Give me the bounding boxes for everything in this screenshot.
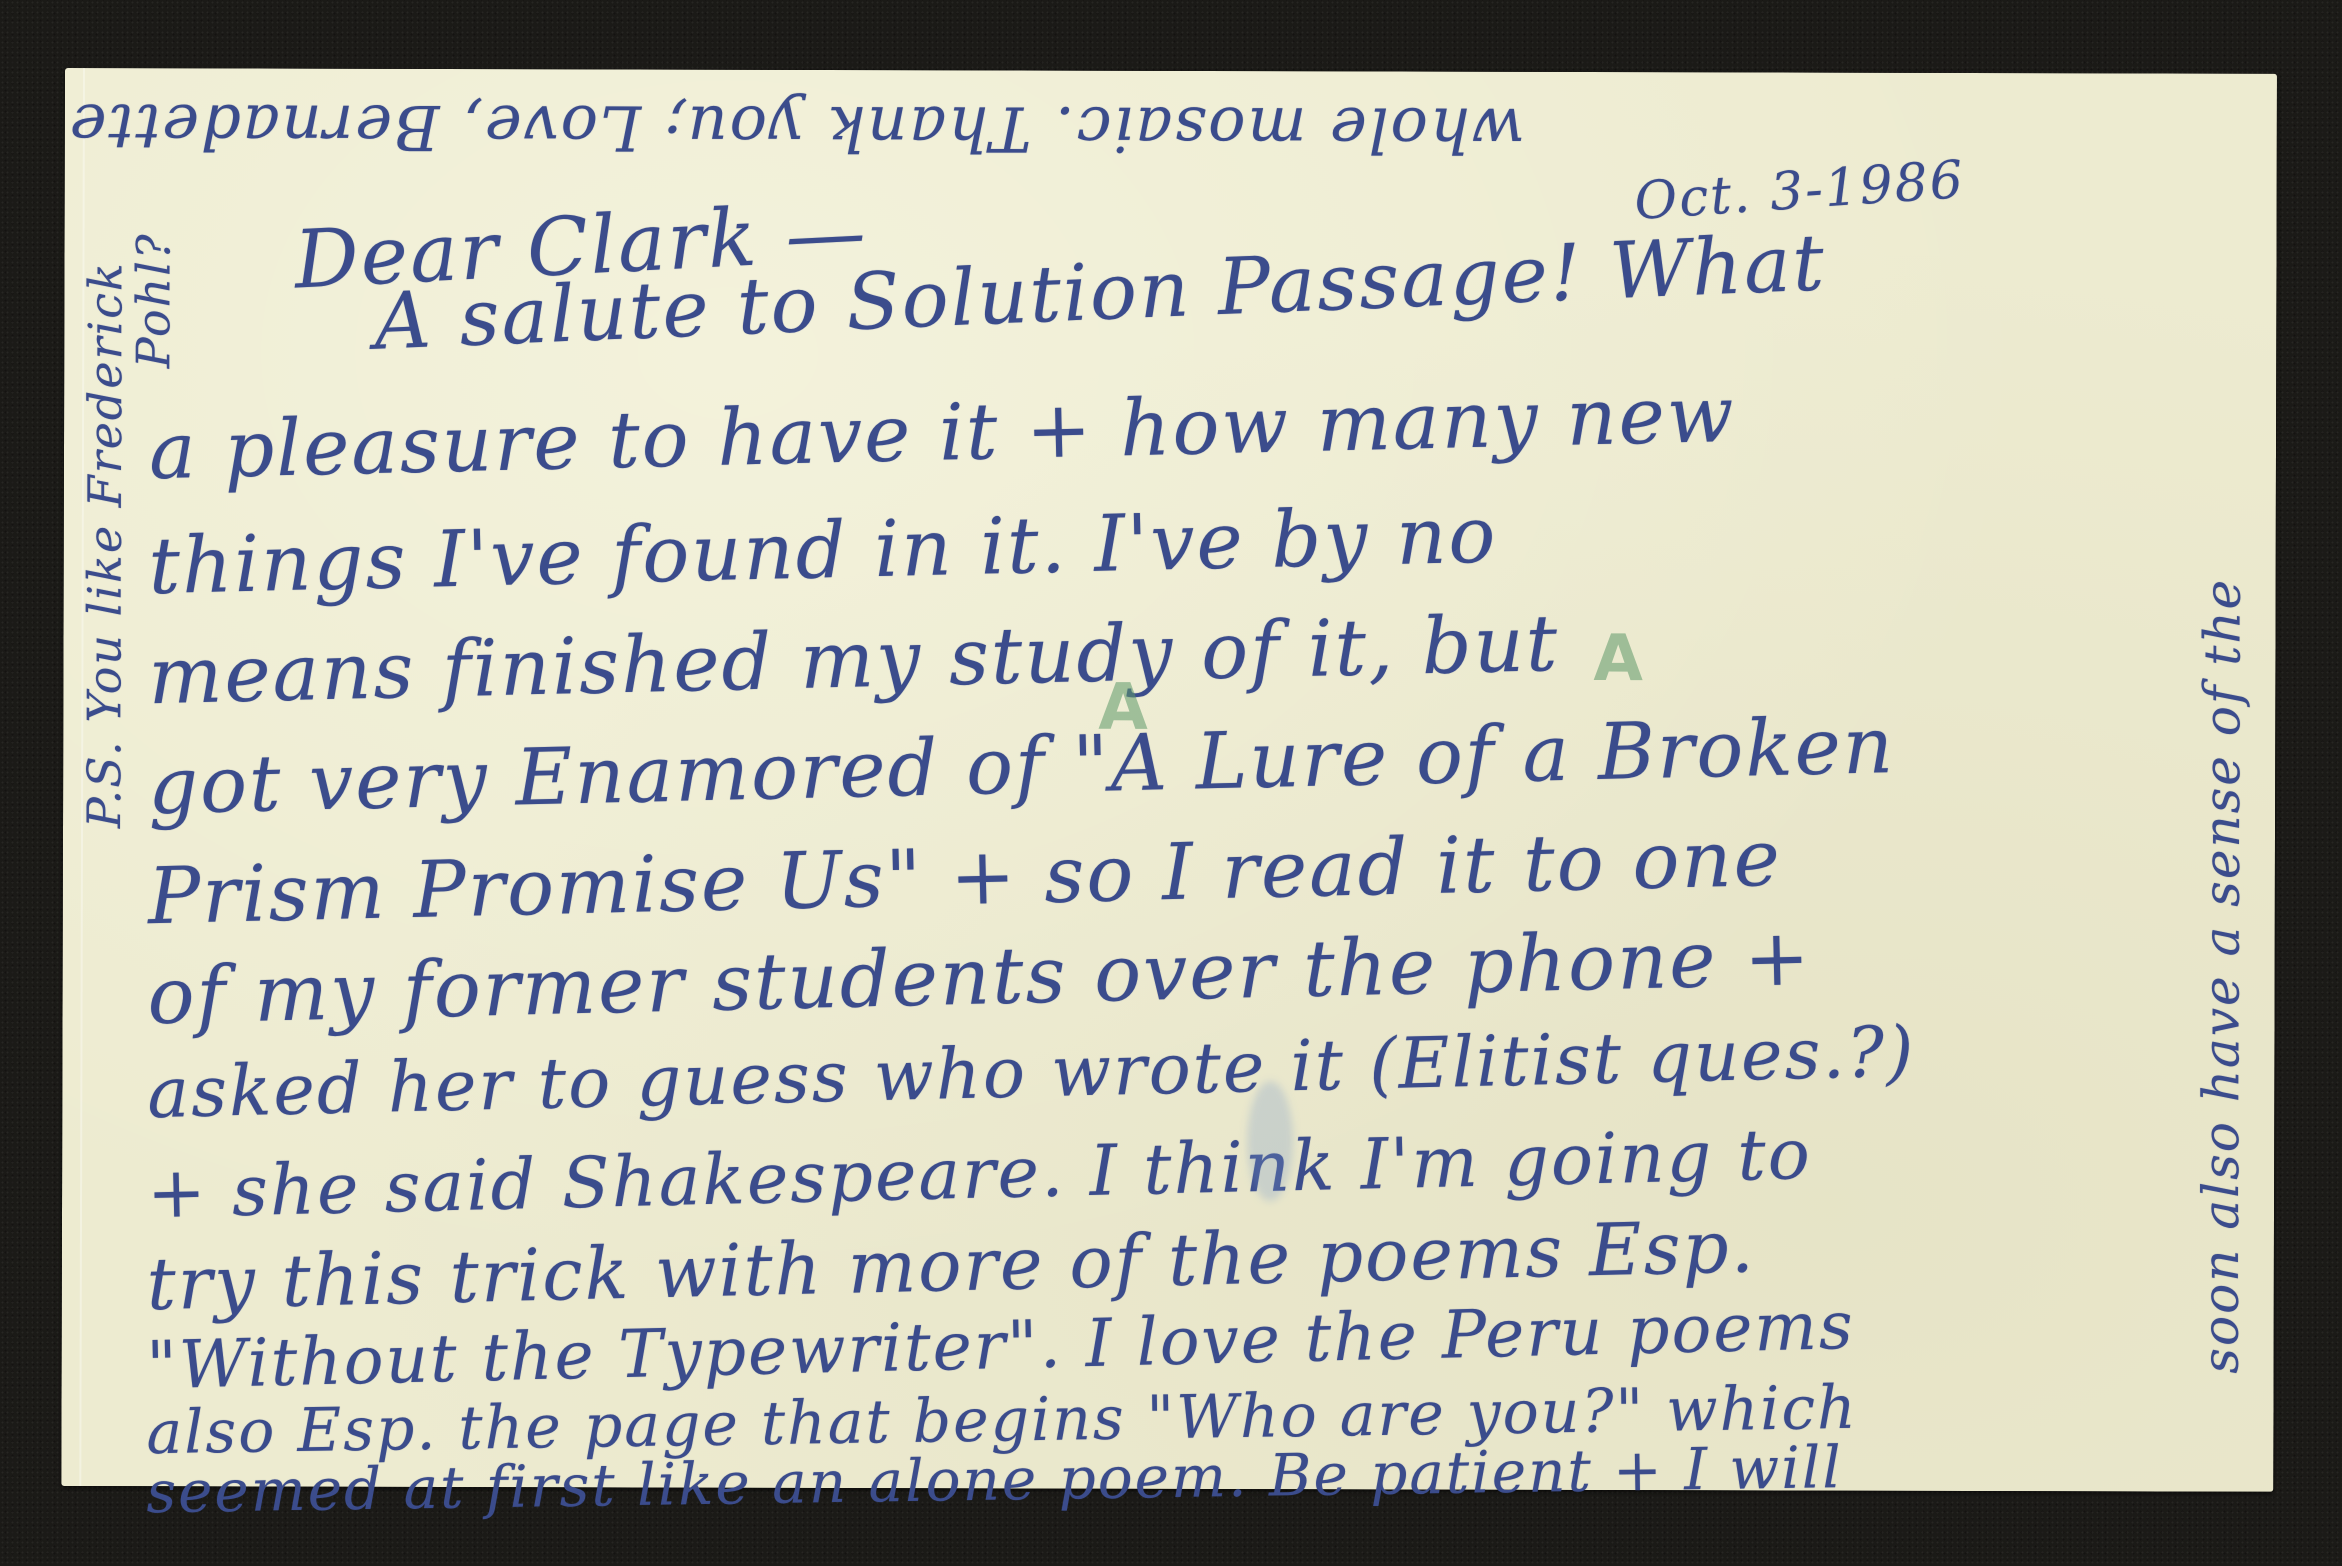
postscript-line-1: P.S. You like Frederick <box>77 261 132 828</box>
closing-upside-down: whole mosaic. Thank you; Love, Bernadett… <box>145 90 1525 167</box>
green-mark-1: A <box>1098 671 1148 745</box>
body-line-3: things I've found in it. I've by no <box>148 496 1498 606</box>
right-margin-note: soon also have a sense of the <box>2192 578 2252 1374</box>
body-line-4: means finished my study of it, but <box>147 605 1560 716</box>
body-line-2: a pleasure to have it + how many new <box>148 376 1736 491</box>
postscript-line-2: Pohl? <box>126 232 180 368</box>
green-mark-2: A <box>1593 622 1643 696</box>
postcard: whole mosaic. Thank you; Love, Bernadett… <box>61 68 2277 1492</box>
ink-smudge <box>1247 1081 1293 1201</box>
body-line-5: got very Enamored of "A Lure of a Broken <box>147 707 1896 826</box>
